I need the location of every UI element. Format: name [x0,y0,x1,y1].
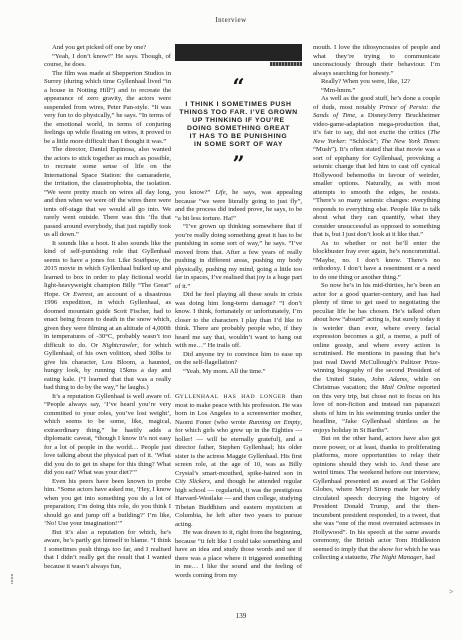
pull-quote-line: IN SOME SORT OF WAY [175,141,302,149]
magazine-page: Interview And you get picked off one by … [0,0,462,640]
paragraph: Did he feel playing all these souls in c… [175,291,302,351]
body-column-right: mouth. I love the idiosyncrasies of peop… [313,44,440,604]
pull-quote-text: I THINK I SOMETIMES PUSHTHINGS TOO FAR. … [175,101,302,149]
body-column-middle: “ I THINK I SOMETIMES PUSHTHINGS TOO FAR… [175,44,302,586]
photo-placeholder [175,44,302,61]
paragraph: As to whether or not he’ll enter the blo… [313,240,440,283]
paragraph: But it’s also a reputation for which, he… [44,529,171,572]
page-number: 139 [44,612,438,620]
paragraph: As well as the good stuff, he’s done a c… [313,95,440,240]
paragraph: Really? When you were, like, 12? [313,78,440,87]
pull-quote-line: IT HAS TO BE PUNISHING [175,133,302,141]
pull-quote-line: THINGS TOO FAR. I’VE GROWN [175,109,302,117]
pull-quote: “ I THINK I SOMETIMES PUSHTHINGS TOO FAR… [175,81,302,174]
paragraph: you know?” Life, he says, was appealing … [175,189,302,223]
paragraph: And you get picked off one by one? [44,44,171,53]
paragraph: mouth. I love the idiosyncrasies of peop… [313,44,440,78]
paragraph: It sounds like a hoot. It also sounds li… [44,240,171,393]
paragraph: Did anyone try to convince him to ease u… [175,351,302,368]
paragraph: But on the other hand, actors have also … [313,435,440,563]
page-header: Interview [0,16,462,24]
photo-caption-strip [270,62,302,66]
paragraph: “Mm-hmm.” [313,87,440,96]
paragraph: The film was made at Shepperton Studios … [44,70,171,147]
open-quote-icon: “ [175,81,302,97]
paragraph: “I’ve grown up thinking somewhere that i… [175,223,302,291]
body-column-left: And you get picked off one by one?“Yeah,… [44,44,171,574]
pull-quote-line: DOING SOMETHING GREAT [175,125,302,133]
paragraph: “Yeah, I don’t know!” He says. Though, o… [44,53,171,70]
margin-photo-credit [11,574,13,584]
paragraph: Even his peers have been known to probe … [44,478,171,529]
paragraph: It’s a reputation Gyllenhaal is well awa… [44,393,171,478]
pull-quote-line: I THINK I SOMETIMES PUSH [175,101,302,109]
paragraph: The director, Daniel Espinosa, also want… [44,146,171,240]
continued-arrow-icon: > [449,589,453,596]
paragraph: So now he’s in his mid-thirties, he’s be… [313,282,440,435]
close-quote-icon: ” [175,158,302,174]
pull-quote-line: UP THINKING IF YOU’RE [175,117,302,125]
body-column-middle-text: you know?” Life, he says, was appealing … [175,189,302,580]
paragraph: He was drawn to it, right from the begin… [175,529,302,580]
paragraph: “Yeah. My mom. All the time.” [175,368,302,377]
paragraph: GYLLENHAAL HAS HAD LONGER than most to m… [175,393,302,529]
